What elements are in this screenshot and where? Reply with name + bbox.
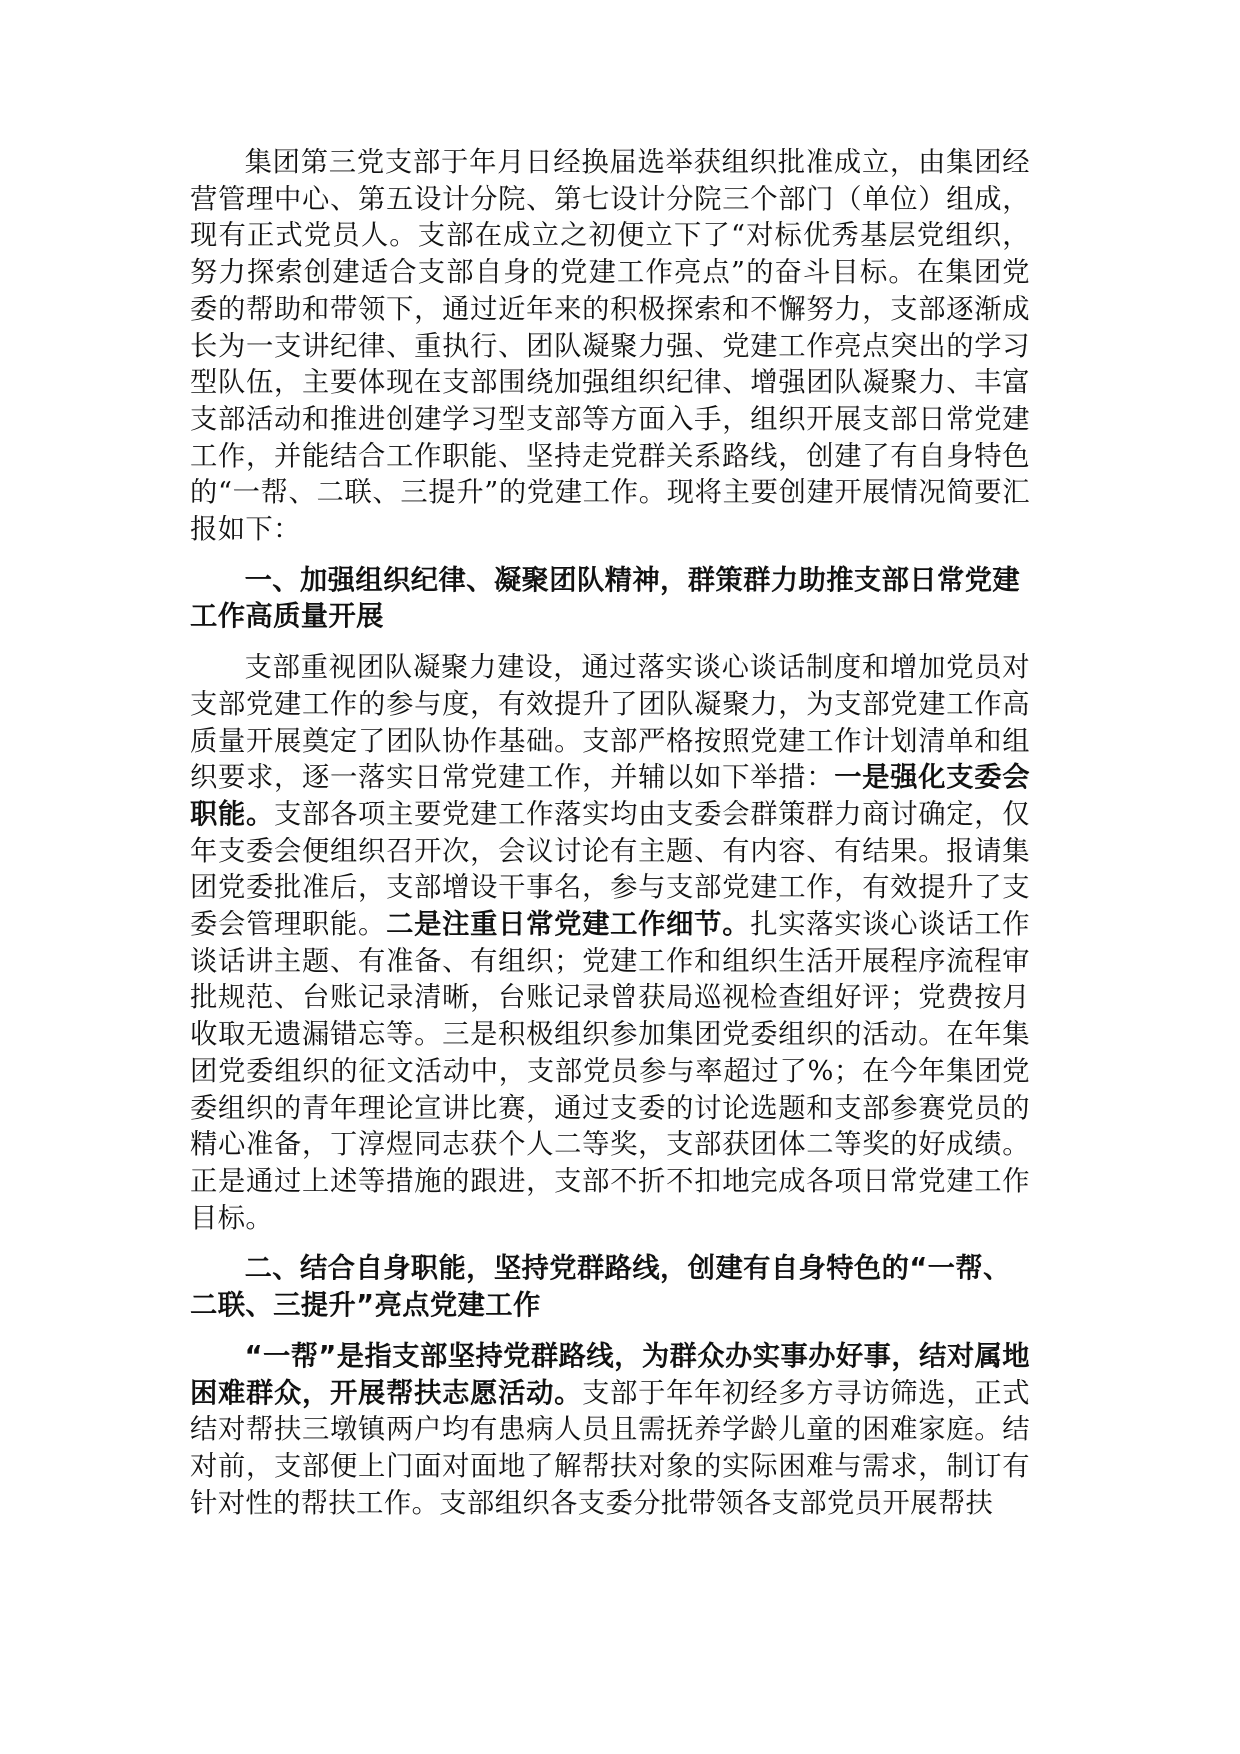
section-1-text-part-3: 扎实落实谈心谈话工作谈话讲主题、有准备、有组织；党建工作和组织生活开展程序流程审…	[190, 909, 1030, 1234]
section-2-paragraph: “一帮”是指支部坚持党群路线，为群众办实事办好事，结对属地困难群众，开展帮扶志愿…	[190, 1339, 1030, 1523]
section-1-paragraph: 支部重视团队凝聚力建设，通过落实谈心谈话制度和增加党员对支部党建工作的参与度，有…	[190, 650, 1030, 1237]
document-page: 集团第三党支部于年月日经换届选举获组织批准成立，由集团经营管理中心、第五设计分院…	[190, 145, 1030, 1536]
section-1-bold-point-2: 二是注重日常党建工作细节。	[386, 909, 750, 940]
intro-paragraph: 集团第三党支部于年月日经换届选举获组织批准成立，由集团经营管理中心、第五设计分院…	[190, 145, 1030, 549]
section-heading-2: 二、结合自身职能，坚持党群路线，创建有自身特色的“一帮、二联、三提升”亮点党建工…	[190, 1251, 1030, 1324]
section-heading-1: 一、加强组织纪律、凝聚团队精神，群策群力助推支部日常党建工作高质量开展	[190, 563, 1030, 636]
